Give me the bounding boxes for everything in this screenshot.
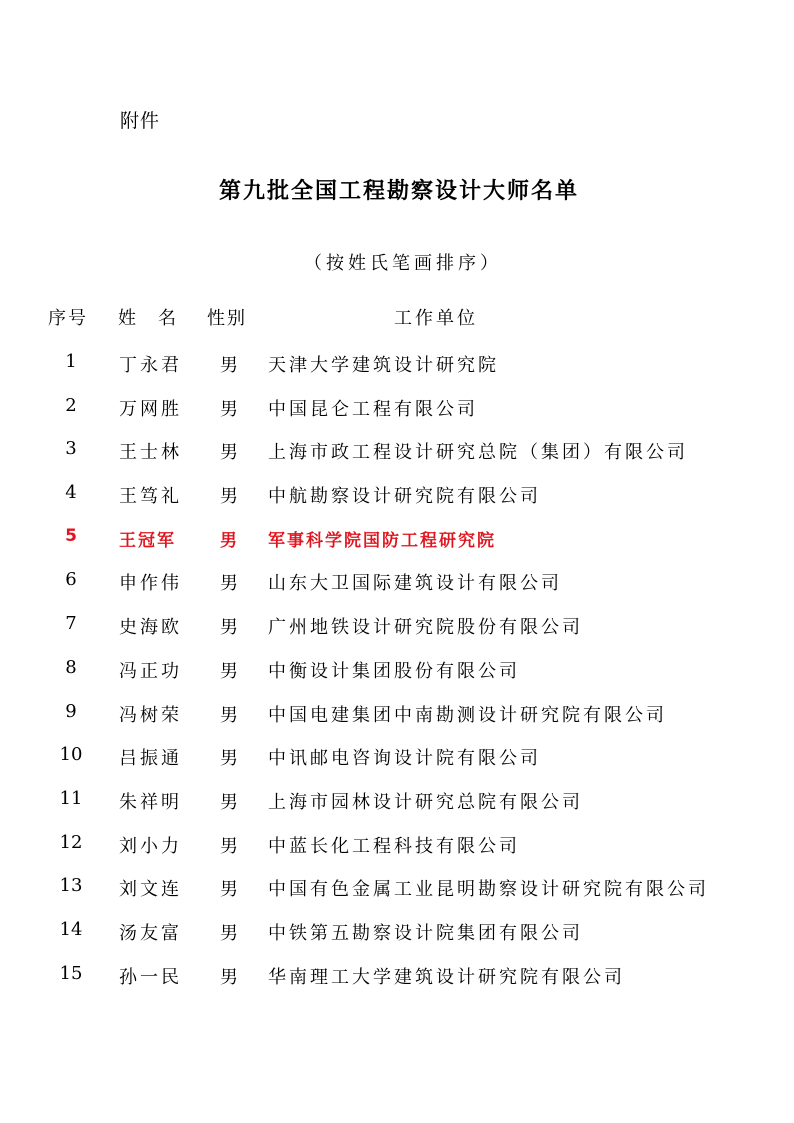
row-serial-number: 11	[50, 788, 92, 809]
row-work-unit: 中讯邮电咨询设计院有限公司	[268, 744, 541, 770]
header-name: 姓 名	[118, 304, 178, 330]
row-work-unit: 上海市园林设计研究总院有限公司	[268, 788, 583, 814]
header-work-unit: 工作单位	[394, 304, 478, 330]
row-work-unit: 中国昆仑工程有限公司	[268, 395, 478, 421]
table-header-row: 序号 姓 名 性别 工作单位	[0, 300, 794, 347]
row-work-unit: 中铁第五勘察设计院集团有限公司	[268, 919, 583, 945]
table-row: 1 丁永君 男 天津大学建筑设计研究院	[0, 347, 794, 391]
row-name: 冯树荣	[119, 701, 182, 727]
row-serial-number: 14	[50, 919, 92, 940]
row-name: 刘文连	[119, 875, 182, 901]
row-serial-number: 8	[50, 657, 92, 678]
row-name: 万网胜	[119, 395, 182, 421]
table-row-highlighted: 5 王冠军 男 军事科学院国防工程研究院	[0, 522, 794, 566]
row-name: 吕振通	[119, 744, 182, 770]
row-gender: 男	[220, 569, 241, 595]
row-name: 冯正功	[119, 657, 182, 683]
row-work-unit: 中蓝长化工程科技有限公司	[268, 832, 520, 858]
row-serial-number: 2	[50, 395, 92, 416]
row-gender: 男	[220, 875, 241, 901]
table-row: 9 冯树荣 男 中国电建集团中南勘测设计研究院有限公司	[0, 697, 794, 741]
row-gender: 男	[220, 832, 241, 858]
row-work-unit: 中国电建集团中南勘测设计研究院有限公司	[268, 701, 667, 727]
row-serial-number: 12	[50, 832, 92, 853]
row-gender: 男	[220, 744, 241, 770]
row-gender: 男	[220, 613, 241, 639]
document-title: 第九批全国工程勘察设计大师名单	[0, 174, 794, 205]
row-gender: 男	[220, 919, 241, 945]
row-work-unit: 军事科学院国防工程研究院	[268, 526, 496, 551]
row-name: 史海欧	[119, 613, 182, 639]
row-work-unit: 广州地铁设计研究院股份有限公司	[268, 613, 583, 639]
row-serial-number: 6	[50, 569, 92, 590]
row-name: 申作伟	[119, 569, 182, 595]
row-name: 刘小力	[119, 832, 182, 858]
document-subtitle: （按姓氏笔画排序）	[0, 249, 794, 275]
table-row: 11 朱祥明 男 上海市园林设计研究总院有限公司	[0, 784, 794, 828]
row-gender: 男	[220, 788, 241, 814]
table-row: 10 吕振通 男 中讯邮电咨询设计院有限公司	[0, 740, 794, 784]
row-serial-number: 9	[50, 701, 92, 722]
row-name: 王士林	[119, 438, 182, 464]
masters-list-table: 序号 姓 名 性别 工作单位 1 丁永君 男 天津大学建筑设计研究院 2 万网胜…	[0, 300, 794, 1002]
row-serial-number: 15	[50, 963, 92, 984]
row-work-unit: 上海市政工程设计研究总院（集团）有限公司	[268, 438, 688, 464]
row-serial-number: 5	[50, 526, 92, 546]
row-serial-number: 13	[50, 875, 92, 896]
row-gender: 男	[220, 701, 241, 727]
row-work-unit: 中国有色金属工业昆明勘察设计研究院有限公司	[268, 875, 709, 901]
row-name: 孙一民	[119, 963, 182, 989]
table-row: 6 申作伟 男 山东大卫国际建筑设计有限公司	[0, 565, 794, 609]
table-row: 2 万网胜 男 中国昆仑工程有限公司	[0, 391, 794, 435]
row-serial-number: 4	[50, 482, 92, 503]
row-name: 汤友富	[119, 919, 182, 945]
row-serial-number: 1	[50, 351, 92, 372]
row-gender: 男	[220, 351, 241, 377]
table-row: 13 刘文连 男 中国有色金属工业昆明勘察设计研究院有限公司	[0, 871, 794, 915]
attachment-label: 附件	[120, 106, 160, 133]
row-name: 丁永君	[119, 351, 182, 377]
row-gender: 男	[220, 963, 241, 989]
table-row: 7 史海欧 男 广州地铁设计研究院股份有限公司	[0, 609, 794, 653]
table-row: 8 冯正功 男 中衡设计集团股份有限公司	[0, 653, 794, 697]
table-row: 15 孙一民 男 华南理工大学建筑设计研究院有限公司	[0, 959, 794, 1003]
row-work-unit: 山东大卫国际建筑设计有限公司	[268, 569, 562, 595]
row-serial-number: 7	[50, 613, 92, 634]
row-work-unit: 天津大学建筑设计研究院	[268, 351, 499, 377]
row-work-unit: 华南理工大学建筑设计研究院有限公司	[268, 963, 625, 989]
row-work-unit: 中航勘察设计研究院有限公司	[268, 482, 541, 508]
header-gender: 性别	[207, 304, 247, 330]
table-row: 3 王士林 男 上海市政工程设计研究总院（集团）有限公司	[0, 434, 794, 478]
header-serial-number: 序号	[48, 304, 90, 330]
table-row: 14 汤友富 男 中铁第五勘察设计院集团有限公司	[0, 915, 794, 959]
table-row: 12 刘小力 男 中蓝长化工程科技有限公司	[0, 828, 794, 872]
row-name: 王冠军	[119, 526, 176, 551]
row-gender: 男	[220, 395, 241, 421]
row-name: 朱祥明	[119, 788, 182, 814]
row-work-unit: 中衡设计集团股份有限公司	[268, 657, 520, 683]
table-row: 4 王笃礼 男 中航勘察设计研究院有限公司	[0, 478, 794, 522]
row-name: 王笃礼	[119, 482, 182, 508]
row-gender: 男	[220, 657, 241, 683]
row-gender: 男	[220, 438, 241, 464]
row-serial-number: 10	[50, 744, 92, 765]
row-gender: 男	[220, 526, 239, 551]
row-serial-number: 3	[50, 438, 92, 459]
row-gender: 男	[220, 482, 241, 508]
